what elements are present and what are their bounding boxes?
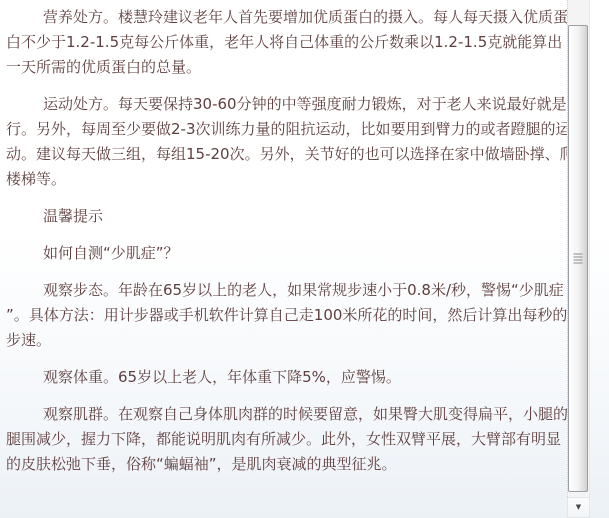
paragraph-nutrition-prescription: 营养处方。楼慧玲建议老年人首先要增加优质蛋白的摄入。每人每天摄入优质蛋 白不少于… — [6, 5, 591, 80]
paragraph-observe-muscles: 观察肌群。在观察自己身体肌肉群的时候要留意，如果臀大肌变得扁平，小腿的 腿围减少… — [6, 402, 591, 477]
scrollbar[interactable]: ▼ — [567, 0, 590, 518]
scroll-down-button[interactable]: ▼ — [567, 497, 590, 518]
heading-warm-tips: 温馨提示 — [6, 204, 591, 229]
paragraph-exercise-prescription: 运动处方。每天要保持30-60分钟的中等强度耐力锻炼，对于老人来说最好就是步 行… — [6, 92, 591, 192]
paragraph-observe-gait: 观察步态。年龄在65岁以上的老人，如果常规步速小于0.8米/秒，警惕“少肌症 ”… — [6, 278, 591, 353]
arrow-down-icon: ▼ — [576, 504, 581, 511]
scrollbar-grip-icon — [574, 253, 583, 264]
scrollbar-thumb[interactable] — [568, 25, 588, 492]
paragraph-observe-weight: 观察体重。65岁以上老人，年体重下降5%，应警惕。 — [6, 365, 591, 390]
heading-self-test-question: 如何自测“少肌症”？ — [6, 241, 591, 266]
article-body: 营养处方。楼慧玲建议老年人首先要增加优质蛋白的摄入。每人每天摄入优质蛋 白不少于… — [6, 5, 591, 489]
